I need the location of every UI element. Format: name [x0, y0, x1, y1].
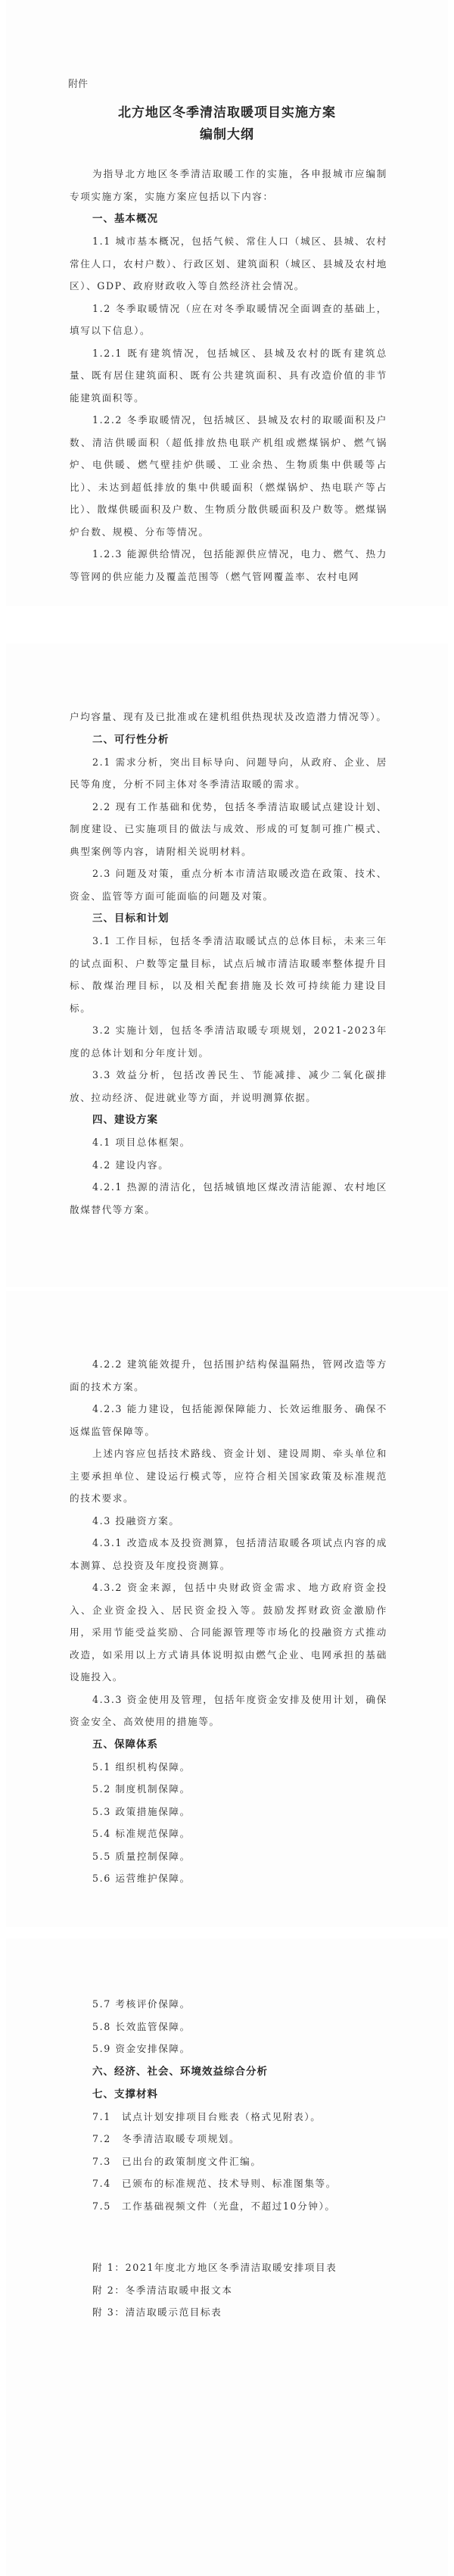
paragraph-3-1: 3.1 工作目标，包括冬季清洁取暖试点的总体目标，未来三年的试点面积、户数等定量…	[70, 930, 387, 1019]
section-heading-7: 七、支撑材料	[70, 2083, 387, 2106]
paragraph-1-2: 1.2 冬季取暖情况（应在对冬季取暖情况全面调查的基础上，填写以下信息）。	[70, 298, 387, 342]
section-intro-and-1: 为指导北方地区冬季清洁取暖工作的实施，各申报城市应编制专项实施方案，实施方案应包…	[70, 163, 387, 588]
paragraph-4-2-3: 4.2.3 能力建设，包括能源保障能力、长效运维服务、确保不返煤监管保障等。	[70, 1398, 387, 1442]
list-item-5-4: 5.4 标准规范保障。	[70, 1823, 387, 1845]
paragraph-4-3: 4.3 投融资方案。	[70, 1510, 387, 1533]
paragraph-4-3-3: 4.3.3 资金使用及管理，包括年度资金安排及使用计划，确保资金安全、高效使用的…	[70, 1689, 387, 1733]
attachment-1: 附 1：2021年度北方地区冬季清洁取暖安排项目表	[70, 2256, 387, 2279]
list-item-5-5: 5.5 质量控制保障。	[70, 1845, 387, 1868]
paragraph-1-2-3-part2: 户均容量、现有及已批准或在建机组供热现状及改造潜力情况等）。	[70, 706, 387, 728]
paragraph-4-2-2: 4.2.2 建筑能效提升，包括围护结构保温隔热，管网改造等方面的技术方案。	[70, 1353, 387, 1398]
intro-paragraph: 为指导北方地区冬季清洁取暖工作的实施，各申报城市应编制专项实施方案，实施方案应包…	[70, 163, 387, 207]
paragraph-1-2-1: 1.2.1 既有建筑情况，包括城区、县城及农村的既有建筑总量、既有居住建筑面积、…	[70, 342, 387, 410]
section-heading-1: 一、基本概况	[70, 207, 387, 230]
section-heading-4: 四、建设方案	[70, 1109, 387, 1131]
list-item-7-3: 7.3 已出台的政策制度文件汇编。	[70, 2150, 387, 2173]
list-item-7-2: 7.2 冬季清洁取暖专项规划。	[70, 2128, 387, 2150]
list-item-5-8: 5.8 长效监管保障。	[70, 2016, 387, 2038]
paragraph-4-2: 4.2 建设内容。	[70, 1154, 387, 1177]
paragraph-3-3: 3.3 效益分析，包括改善民生、节能减排、减少二氧化碳排放、拉动经济、促进就业等…	[70, 1064, 387, 1109]
section-heading-5: 五、保障体系	[70, 1733, 387, 1756]
list-item-5-3: 5.3 政策措施保障。	[70, 1801, 387, 1823]
section-5-continued-6-7: 5.7 考核评价保障。 5.8 长效监管保障。 5.9 资金安排保障。 六、经济…	[70, 1993, 387, 2217]
section-4-continued-5: 4.2.2 建筑能效提升，包括围护结构保温隔热，管网改造等方面的技术方案。 4.…	[70, 1353, 387, 1890]
paragraph-1-2-3-part1: 1.2.3 能源供给情况，包括能源供应情况，电力、燃气、热力等管网的供应能力及覆…	[70, 543, 387, 588]
paragraph-1-2-2: 1.2.2 冬季取暖情况，包括城区、县城及农村的取暖面积及户数、清洁供暖面积（超…	[70, 409, 387, 543]
section-heading-3: 三、目标和计划	[70, 907, 387, 930]
paragraph-2-1: 2.1 需求分析，突出目标导向、问题导向，从政府、企业、居民等角度，分析不同主体…	[70, 751, 387, 796]
list-item-5-1: 5.1 组织机构保障。	[70, 1756, 387, 1779]
paragraph-4-1: 4.1 项目总体框架。	[70, 1131, 387, 1154]
document-subtitle: 编制大纲	[0, 123, 454, 142]
list-item-7-5: 7.5 工作基础视频文件（光盘，不超过10分钟）。	[70, 2195, 387, 2218]
paragraph-4-3-2: 4.3.2 资金来源，包括中央财政资金需求、地方政府资金投入、企业资金投入、居民…	[70, 1576, 387, 1689]
list-item-5-2: 5.2 制度机制保障。	[70, 1778, 387, 1801]
attachments-list: 附 1：2021年度北方地区冬季清洁取暖安排项目表 附 2：冬季清洁取暖申报文本…	[70, 2256, 387, 2324]
paragraph-2-2: 2.2 现有工作基础和优势，包括冬季清洁取暖试点建设计划、制度建设、已实施项目的…	[70, 796, 387, 863]
attachment-2: 附 2：冬季清洁取暖申报文本	[70, 2279, 387, 2302]
list-item-7-1: 7.1 试点计划安排项目台账表（格式见附表）。	[70, 2106, 387, 2128]
paragraph-4-3-1: 4.3.1 改造成本及投资测算，包括清洁取暖各项试点内容的成本测算、总投资及年度…	[70, 1532, 387, 1576]
list-item-5-6: 5.6 运营维护保障。	[70, 1867, 387, 1890]
list-item-7-4: 7.4 已颁布的标准规范、技术导则、标准图集等。	[70, 2172, 387, 2195]
list-item-5-9: 5.9 资金安排保障。	[70, 2038, 387, 2060]
paragraph-2-3: 2.3 问题及对策，重点分析本市清洁取暖改造在政策、技术、资金、监管等方面可能面…	[70, 862, 387, 907]
paragraph-3-2: 3.2 实施计划，包括冬季清洁取暖专项规划，2021-2023年度的总体计划和分…	[70, 1019, 387, 1064]
paragraph-1-1: 1.1 城市基本概况，包括气候、常住人口（城区、县城、农村常住人口，农村户数）、…	[70, 230, 387, 298]
document-title: 北方地区冬季清洁取暖项目实施方案	[0, 101, 454, 120]
section-heading-6: 六、经济、社会、环境效益综合分析	[70, 2060, 387, 2083]
list-item-5-7: 5.7 考核评价保障。	[70, 1993, 387, 2016]
section-1-continued-2-3-4: 户均容量、现有及已批准或在建机组供热现状及改造潜力情况等）。 二、可行性分析 2…	[70, 706, 387, 1221]
paragraph-4-note: 上述内容应包括技术路线、资金计划、建设周期、牵头单位和主要承担单位、建设运行模式…	[70, 1442, 387, 1510]
paragraph-4-2-1: 4.2.1 热源的清洁化，包括城镇地区煤改清洁能源、农村地区散煤替代等方案。	[70, 1176, 387, 1221]
section-heading-2: 二、可行性分析	[70, 728, 387, 751]
annex-label: 附件	[68, 76, 88, 90]
attachment-3: 附 3：清洁取暖示范目标表	[70, 2301, 387, 2324]
